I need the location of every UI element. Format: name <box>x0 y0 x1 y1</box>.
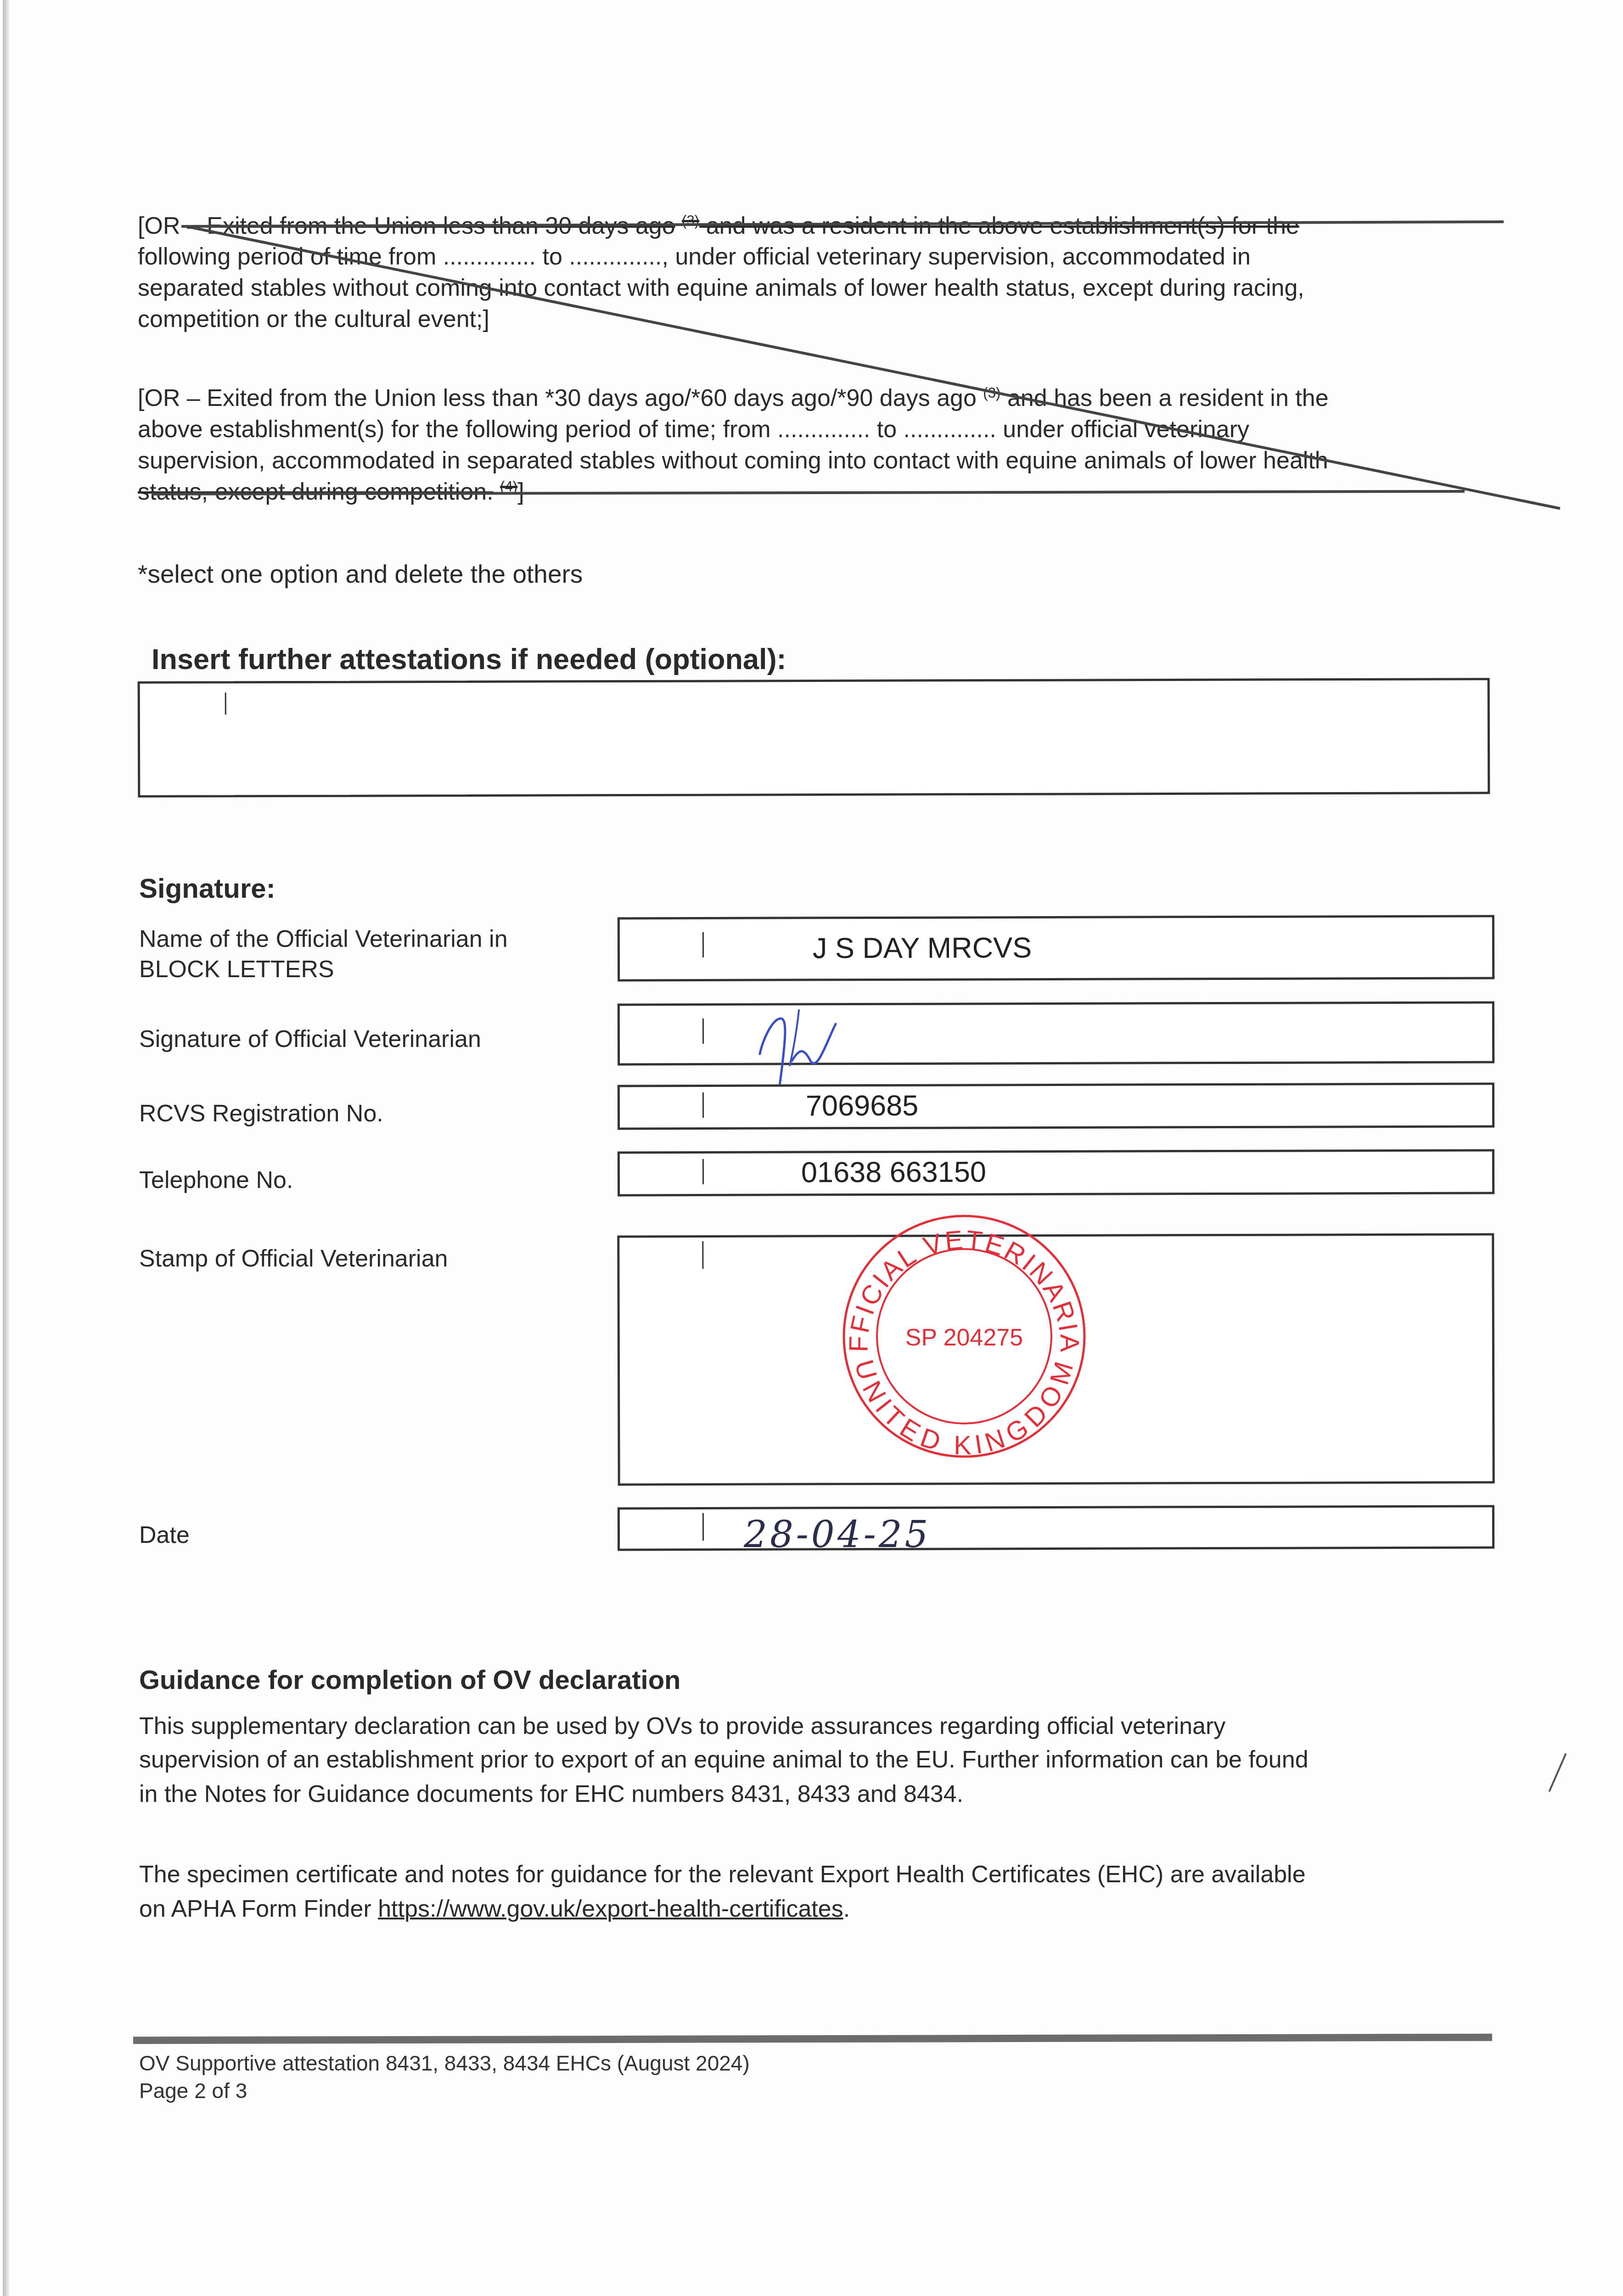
guidance-para2-line2: on APHA Form Finder https://www.gov.uk/e… <box>139 1892 1487 1926</box>
stamp-label: Stamp of Official Veterinarian <box>139 1244 448 1274</box>
telephone-field[interactable]: 01638 663150 <box>618 1149 1494 1197</box>
telephone-label: Telephone No. <box>139 1165 293 1195</box>
guidance-para2-line1: The specimen certificate and notes for g… <box>139 1857 1487 1891</box>
name-field[interactable]: J S DAY MRCVS <box>618 915 1494 982</box>
footer-doc-ref: OV Supportive attestation 8431, 8433, 84… <box>139 2049 750 2077</box>
text-cursor <box>702 1092 704 1118</box>
paragraph-b-line3: supervision, accommodated in separated s… <box>138 444 1485 478</box>
text-cursor <box>225 692 226 715</box>
handwritten-signature <box>753 1006 918 1088</box>
guidance-para1-line3: in the Notes for Guidance documents for … <box>139 1777 1487 1811</box>
telephone-value: 01638 663150 <box>801 1155 986 1189</box>
footer-page-number: Page 2 of 3 <box>139 2077 247 2105</box>
select-one-note: *select one option and delete the others <box>138 559 583 589</box>
paragraph-b-line2: above establishment(s) for the following… <box>138 412 1485 446</box>
text-cursor <box>702 1159 704 1184</box>
svg-text:UNITED KINGDOM: UNITED KINGDOM <box>849 1356 1080 1460</box>
guidance-heading: Guidance for completion of OV declaratio… <box>139 1665 680 1695</box>
stray-pen-mark <box>1543 1750 1570 1800</box>
signature-label: Signature of Official Veterinarian <box>139 1024 481 1054</box>
handwritten-date: 28-04-25 <box>744 1513 983 1564</box>
paragraph-a-line4: competition or the cultural event;] <box>138 302 1485 336</box>
rcvs-field[interactable]: 7069685 <box>618 1083 1494 1130</box>
signature-field[interactable] <box>618 1002 1494 1066</box>
signature-heading: Signature: <box>139 872 275 904</box>
paragraph-b-line1: [OR – Exited from the Union less than *3… <box>138 381 1485 415</box>
rcvs-value: 7069685 <box>806 1089 918 1123</box>
guidance-para1-line2: supervision of an establishment prior to… <box>139 1743 1487 1777</box>
text-cursor <box>702 1241 703 1269</box>
text-cursor <box>702 932 704 957</box>
name-value: J S DAY MRCVS <box>813 931 1032 965</box>
official-veterinarian-stamp: OFFICIAL VETERINARIAN UNITED KINGDOM SP … <box>840 1212 1088 1460</box>
name-label: Name of the Official Veterinarian in BLO… <box>139 924 508 985</box>
text-cursor <box>702 1019 704 1044</box>
guidance-para1-line1: This supplementary declaration can be us… <box>139 1709 1487 1743</box>
footer-rule <box>133 2034 1492 2044</box>
rcvs-label: RCVS Registration No. <box>139 1098 383 1129</box>
svg-text:SP 204275: SP 204275 <box>905 1324 1023 1351</box>
further-attestations-heading: Insert further attestations if needed (o… <box>152 643 786 676</box>
further-attestations-field[interactable] <box>138 678 1490 798</box>
text-cursor <box>702 1513 704 1541</box>
export-health-certificates-link[interactable]: https://www.gov.uk/export-health-certifi… <box>378 1896 843 1922</box>
paragraph-a-line3: separated stables without coming into co… <box>138 271 1485 305</box>
scan-edge-shadow <box>3 0 9 2296</box>
date-label: Date <box>139 1520 190 1550</box>
